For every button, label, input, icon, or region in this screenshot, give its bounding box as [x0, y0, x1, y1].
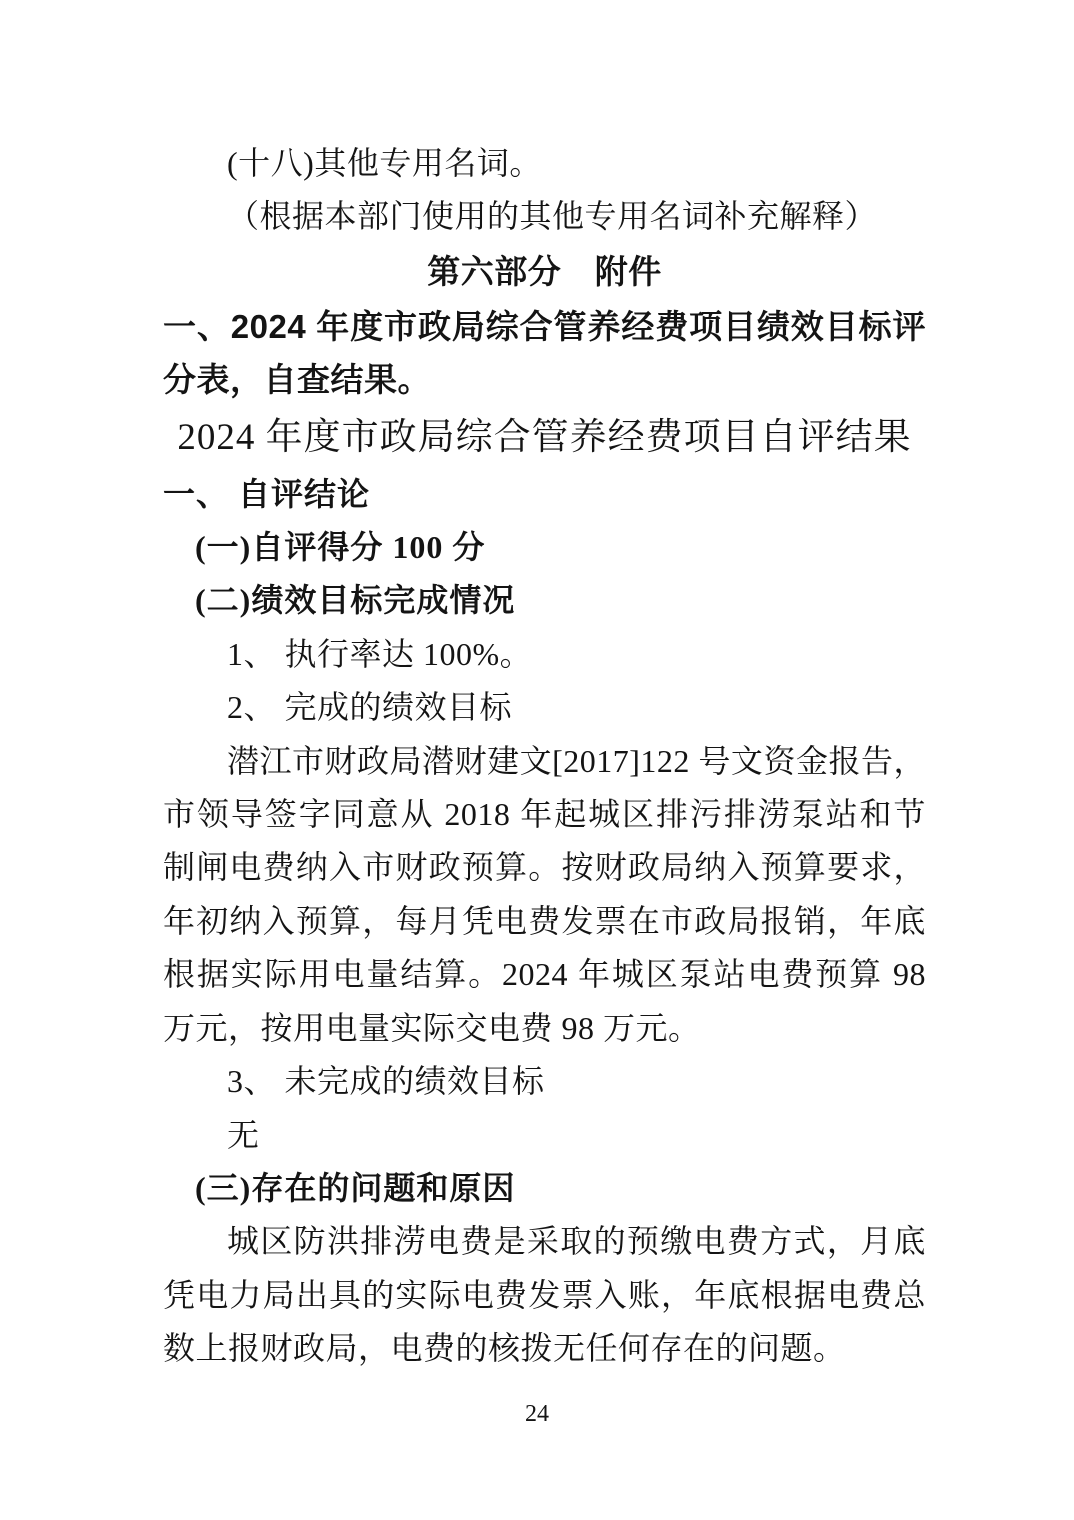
- list-item-completed-targets: 2、 完成的绩效目标: [163, 681, 926, 734]
- paragraph-problems-detail: 城区防洪排涝电费是采取的预缴电费方式，月底凭电力局出具的实际电费发票入账，年底根…: [163, 1215, 926, 1375]
- document-page: (十八)其他专用名词。 （根据本部门使用的其他专用名词补充解释） 第六部分 附件…: [0, 0, 1074, 1520]
- heading-self-evaluation-conclusion: 一、 自评结论: [163, 468, 926, 521]
- paragraph-completed-detail: 潜江市财政局潜财建文[2017]122 号文资金报告，市领导签字同意从 2018…: [163, 735, 926, 1055]
- attachment-heading: 一、2024 年度市政局综合管养经费项目绩效目标评分表，自查结果。: [163, 300, 926, 407]
- list-item-none: 无: [163, 1109, 926, 1162]
- heading-self-evaluation-score: (一)自评得分 100 分: [163, 521, 926, 574]
- heading-target-completion: (二)绩效目标完成情况: [163, 574, 926, 627]
- paragraph-note: （根据本部门使用的其他专用名词补充解释）: [163, 190, 926, 243]
- list-item-uncompleted-targets: 3、 未完成的绩效目标: [163, 1055, 926, 1108]
- paragraph-other-terms: (十八)其他专用名词。: [163, 137, 926, 190]
- document-title: 2024 年度市政局综合管养经费项目自评结果: [163, 407, 926, 468]
- page-number: 24: [0, 1398, 1074, 1430]
- heading-problems-and-causes: (三)存在的问题和原因: [163, 1162, 926, 1215]
- list-item-execution-rate: 1、 执行率达 100%。: [163, 628, 926, 681]
- section-heading-part6: 第六部分 附件: [163, 244, 926, 300]
